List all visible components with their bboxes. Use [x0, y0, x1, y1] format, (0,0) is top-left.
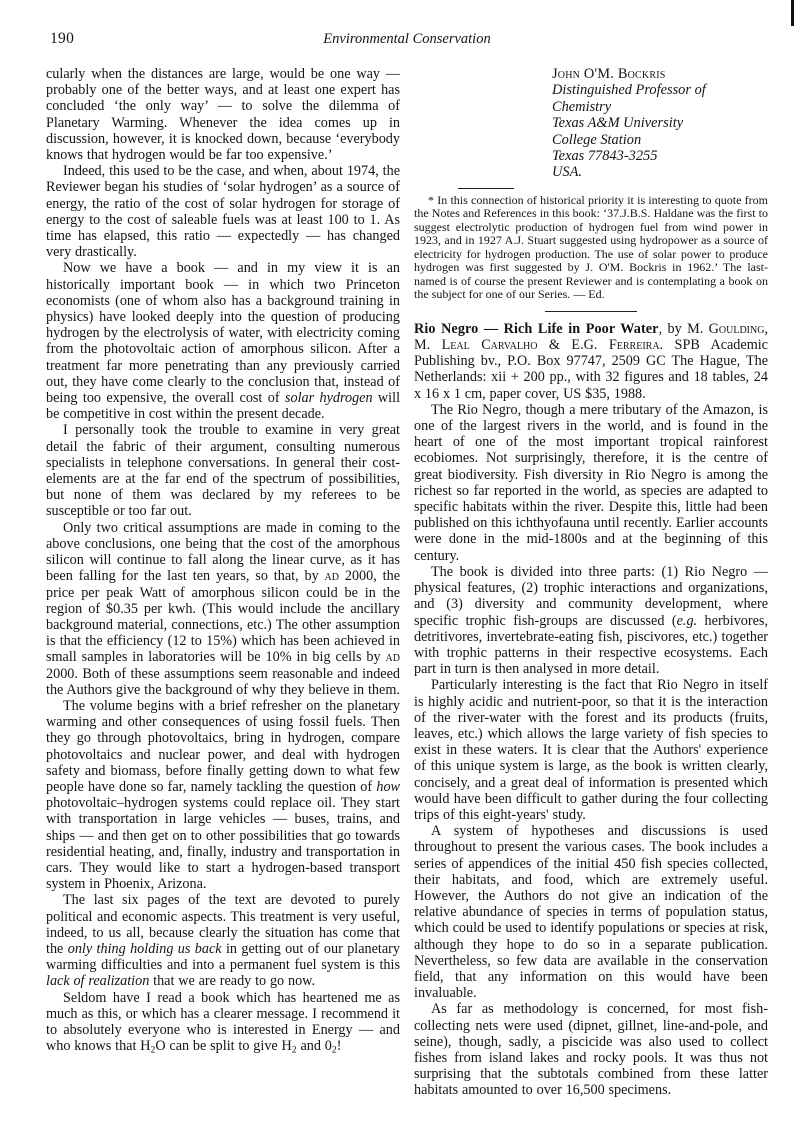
review-heading: Rio Negro — Rich Life in Poor Water, by …: [414, 321, 768, 402]
body-paragraph: The volume begins with a brief refresher…: [46, 698, 400, 892]
section-divider-rule: [545, 311, 637, 312]
signature-name: John O'M. Bockris: [552, 66, 768, 82]
body-paragraph: Only two critical assumptions are made i…: [46, 520, 400, 698]
signature-line: Texas A&M University: [552, 115, 768, 131]
body-paragraph: Indeed, this used to be the case, and wh…: [46, 163, 400, 260]
signature-line: College Station: [552, 132, 768, 148]
text-columns: cularly when the distances are large, wo…: [46, 66, 768, 1099]
review-paragraph: As far as methodology is concerned, for …: [414, 1001, 768, 1098]
scan-edge-artifact: [791, 0, 794, 26]
signature-line: Distinguished Professor of Chemistry: [552, 82, 768, 115]
body-paragraph: Seldom have I read a book which has hear…: [46, 990, 400, 1055]
signature-line: Texas 77843-3255: [552, 148, 768, 164]
review-paragraph: The book is divided into three parts: (1…: [414, 564, 768, 677]
body-paragraph: The last six pages of the text are devot…: [46, 892, 400, 989]
body-paragraph: Now we have a book — and in my view it i…: [46, 260, 400, 422]
review-paragraph: A system of hypotheses and discussions i…: [414, 823, 768, 1001]
body-paragraph: I personally took the trouble to examine…: [46, 422, 400, 519]
left-column: cularly when the distances are large, wo…: [46, 66, 400, 1099]
journal-title: Environmental Conservation: [46, 31, 768, 48]
journal-page: 190 Environmental Conservation cularly w…: [0, 0, 800, 1147]
footnote-rule: [458, 188, 514, 189]
review-paragraph: The Rio Negro, though a mere tributary o…: [414, 402, 768, 564]
signature-line: USA.: [552, 164, 768, 180]
signature-block: John O'M. Bockris Distinguished Professo…: [552, 66, 768, 181]
page-header: 190 Environmental Conservation: [46, 30, 768, 50]
review-paragraph: Particularly interesting is the fact tha…: [414, 677, 768, 823]
footnote: * In this connection of historical prior…: [414, 194, 768, 302]
right-column: John O'M. Bockris Distinguished Professo…: [414, 66, 768, 1099]
body-paragraph: cularly when the distances are large, wo…: [46, 66, 400, 163]
